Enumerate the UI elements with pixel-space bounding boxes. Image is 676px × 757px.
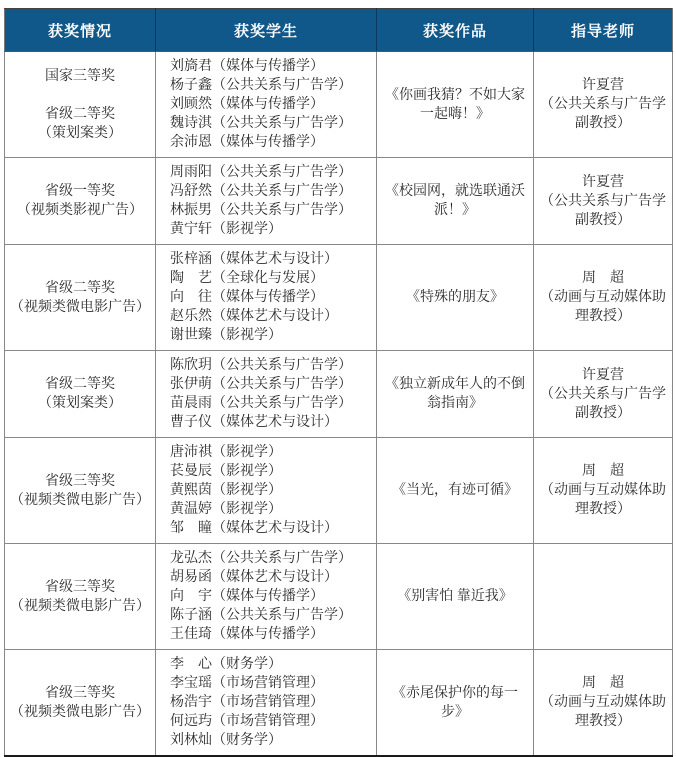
column-header: 指导老师 [534, 9, 673, 52]
table-row: 省级二等奖（视频类微电影广告）张梓涵（媒体艺术与设计）陶 艺（全球化与发展）向 … [5, 245, 673, 351]
student-line: 杨子鑫（公共关系与广告学） [170, 76, 372, 95]
teacher-name: 许夏营 [540, 366, 666, 385]
table-row: 省级二等奖（策划案类）陈欣玥（公共关系与广告学）张伊萌（公共关系与广告学）苗晨雨… [5, 351, 673, 438]
table-row: 国家三等奖 省级二等奖（策划案类）刘旖君（媒体与传播学）杨子鑫（公共关系与广告学… [5, 52, 673, 158]
student-line: 林振男（公共关系与广告学） [170, 201, 372, 220]
column-header: 获奖作品 [377, 9, 534, 52]
student-line: 张梓涵（媒体艺术与设计） [170, 250, 372, 269]
teacher-name: 周 超 [540, 269, 666, 288]
award-line: （视频类微电影广告） [9, 491, 151, 510]
work-cell: 《独立新成年人的不倒翁指南》 [377, 351, 534, 438]
award-cell: 省级三等奖（视频类微电影广告） [5, 544, 156, 650]
teacher-name: 周 超 [540, 462, 666, 481]
table-header-row: 获奖情况获奖学生获奖作品指导老师 [5, 9, 673, 52]
student-line: 刘旖君（媒体与传播学） [170, 57, 372, 76]
award-line: （视频类影视广告） [9, 201, 151, 220]
student-line: 赵乐然（媒体艺术与设计） [170, 307, 372, 326]
award-line: （策划案类） [9, 124, 151, 143]
teacher-name: 许夏营 [540, 76, 666, 95]
student-line: 黄宁轩（影视学） [170, 220, 372, 239]
award-cell: 省级一等奖（视频类影视广告） [5, 158, 156, 245]
page: 获奖情况获奖学生获奖作品指导老师 国家三等奖 省级二等奖（策划案类）刘旖君（媒体… [0, 0, 676, 736]
table-row: 省级三等奖（视频类微电影广告）李 心（财务学）李宝瑶（市场营销管理）杨浩宇（市场… [5, 650, 673, 757]
award-line: 省级二等奖 [9, 279, 151, 298]
teacher-title: （动画与互动媒体助理教授） [540, 481, 666, 519]
award-line: （视频类微电影广告） [9, 597, 151, 616]
student-line: 冯舒然（公共关系与广告学） [170, 182, 372, 201]
award-line [9, 86, 151, 105]
teacher-cell: 许夏营（公共关系与广告学副教授） [534, 158, 673, 245]
students-cell: 李 心（财务学）李宝瑶（市场营销管理）杨浩宇（市场营销管理）何远玙（市场营销管理… [156, 650, 377, 757]
student-line: 余沛恩（媒体与传播学） [170, 133, 372, 152]
award-line: （视频类微电影广告） [9, 703, 151, 722]
students-cell: 龙弘杰（公共关系与广告学）胡易函（媒体艺术与设计）向 宇（媒体与传播学）陈子涵（… [156, 544, 377, 650]
award-line: 省级一等奖 [9, 182, 151, 201]
teacher-title: （公共关系与广告学副教授） [540, 192, 666, 230]
table-row: 省级三等奖（视频类微电影广告）唐沛祺（影视学）苌曼辰（影视学）黄熙茵（影视学）黄… [5, 438, 673, 544]
students-cell: 张梓涵（媒体艺术与设计）陶 艺（全球化与发展）向 往（媒体与传播学）赵乐然（媒体… [156, 245, 377, 351]
award-line: 省级二等奖 [9, 375, 151, 394]
student-line: 周雨阳（公共关系与广告学） [170, 163, 372, 182]
student-line: 唐沛祺（影视学） [170, 443, 372, 462]
students-cell: 唐沛祺（影视学）苌曼辰（影视学）黄熙茵（影视学）黄温婷（影视学）邹 瞳（媒体艺术… [156, 438, 377, 544]
work-cell: 《当光，有迹可循》 [377, 438, 534, 544]
table-row: 省级一等奖（视频类影视广告）周雨阳（公共关系与广告学）冯舒然（公共关系与广告学）… [5, 158, 673, 245]
student-line: 苗晨雨（公共关系与广告学） [170, 394, 372, 413]
teacher-name: 许夏营 [540, 173, 666, 192]
award-cell: 省级二等奖（视频类微电影广告） [5, 245, 156, 351]
award-line: 省级三等奖 [9, 578, 151, 597]
work-cell: 《校园网，就选联通沃派！》 [377, 158, 534, 245]
award-line: 省级三等奖 [9, 472, 151, 491]
student-line: 杨浩宇（市场营销管理） [170, 693, 372, 712]
student-line: 邹 瞳（媒体艺术与设计） [170, 519, 372, 538]
student-line: 刘林灿（财务学） [170, 731, 372, 750]
teacher-cell [534, 544, 673, 650]
award-cell: 省级三等奖（视频类微电影广告） [5, 438, 156, 544]
award-line: （视频类微电影广告） [9, 298, 151, 317]
award-line: 省级二等奖 [9, 105, 151, 124]
work-cell: 《别害怕 靠近我》 [377, 544, 534, 650]
student-line: 黄熙茵（影视学） [170, 481, 372, 500]
award-line: 国家三等奖 [9, 67, 151, 86]
student-line: 李宝瑶（市场营销管理） [170, 674, 372, 693]
student-line: 陶 艺（全球化与发展） [170, 269, 372, 288]
column-header: 获奖情况 [5, 9, 156, 52]
teacher-title: （动画与互动媒体助理教授） [540, 288, 666, 326]
student-line: 苌曼辰（影视学） [170, 462, 372, 481]
teacher-title: （公共关系与广告学副教授） [540, 385, 666, 423]
teacher-cell: 许夏营（公共关系与广告学副教授） [534, 351, 673, 438]
student-line: 王佳琦（媒体与传播学） [170, 625, 372, 644]
award-cell: 省级二等奖（策划案类） [5, 351, 156, 438]
student-line: 黄温婷（影视学） [170, 500, 372, 519]
student-line: 刘顾然（媒体与传播学） [170, 95, 372, 114]
student-line: 向 往（媒体与传播学） [170, 288, 372, 307]
student-line: 何远玙（市场营销管理） [170, 712, 372, 731]
work-cell: 《赤尾保护你的每一步》 [377, 650, 534, 757]
student-line: 陈欣玥（公共关系与广告学） [170, 356, 372, 375]
teacher-name: 周 超 [540, 674, 666, 693]
student-line: 胡易函（媒体艺术与设计） [170, 568, 372, 587]
award-cell: 省级三等奖（视频类微电影广告） [5, 650, 156, 757]
student-line: 谢世臻（影视学） [170, 326, 372, 345]
student-line: 陈子涵（公共关系与广告学） [170, 606, 372, 625]
student-line: 向 宇（媒体与传播学） [170, 587, 372, 606]
student-line: 李 心（财务学） [170, 655, 372, 674]
student-line: 龙弘杰（公共关系与广告学） [170, 549, 372, 568]
award-line: 省级三等奖 [9, 684, 151, 703]
students-cell: 陈欣玥（公共关系与广告学）张伊萌（公共关系与广告学）苗晨雨（公共关系与广告学）曹… [156, 351, 377, 438]
teacher-cell: 许夏营（公共关系与广告学副教授） [534, 52, 673, 158]
table-row: 省级三等奖（视频类微电影广告）龙弘杰（公共关系与广告学）胡易函（媒体艺术与设计）… [5, 544, 673, 650]
work-cell: 《你画我猜？不如大家一起嗨！》 [377, 52, 534, 158]
teacher-title: （动画与互动媒体助理教授） [540, 693, 666, 731]
student-line: 曹子仪（媒体艺术与设计） [170, 413, 372, 432]
students-cell: 刘旖君（媒体与传播学）杨子鑫（公共关系与广告学）刘顾然（媒体与传播学）魏诗淇（公… [156, 52, 377, 158]
column-header: 获奖学生 [156, 9, 377, 52]
student-line: 魏诗淇（公共关系与广告学） [170, 114, 372, 133]
students-cell: 周雨阳（公共关系与广告学）冯舒然（公共关系与广告学）林振男（公共关系与广告学）黄… [156, 158, 377, 245]
teacher-cell: 周 超（动画与互动媒体助理教授） [534, 438, 673, 544]
teacher-cell: 周 超（动画与互动媒体助理教授） [534, 650, 673, 757]
awards-table: 获奖情况获奖学生获奖作品指导老师 国家三等奖 省级二等奖（策划案类）刘旖君（媒体… [4, 8, 673, 757]
work-cell: 《特殊的朋友》 [377, 245, 534, 351]
teacher-title: （公共关系与广告学副教授） [540, 95, 666, 133]
award-cell: 国家三等奖 省级二等奖（策划案类） [5, 52, 156, 158]
award-line: （策划案类） [9, 394, 151, 413]
student-line: 张伊萌（公共关系与广告学） [170, 375, 372, 394]
teacher-cell: 周 超（动画与互动媒体助理教授） [534, 245, 673, 351]
